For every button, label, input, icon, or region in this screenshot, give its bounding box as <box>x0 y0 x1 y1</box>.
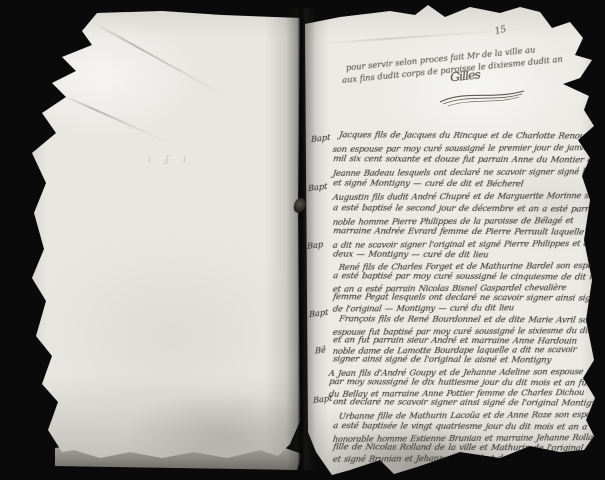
manuscript-line: a esté baptisé par moy curé soussigné le… <box>332 271 605 282</box>
manuscript-line: mil six cent soixante et douze fut parra… <box>332 154 605 166</box>
folio-number: 15 <box>494 25 508 37</box>
manuscript-line: Jeanne Badeau lesquels ont declaré ne sc… <box>332 166 605 178</box>
manuscript-line: signer ainsi signé de l'original le aisn… <box>332 354 551 365</box>
manuscript-scan: ı ʃ ı 15 pour servir selon proces fait M… <box>0 0 605 480</box>
paper-crease <box>92 21 237 103</box>
faint-pencil-mark: ı ʃ ı <box>148 155 192 165</box>
manuscript-line: a dit ne scavoir signer l'original et si… <box>332 238 594 250</box>
manuscript-line: fille de Nicolas Rolland de la ville et … <box>332 442 583 453</box>
manuscript-line: René fils de Charles Forget et de Mathur… <box>338 260 605 272</box>
manuscript-line: noble homme Pierre Philippes de la paroi… <box>332 215 574 227</box>
priest-signature: Gilles <box>449 66 480 84</box>
manuscript-line: son espouse par moy curé soussigné le pr… <box>332 142 605 154</box>
manuscript-line: Urbanne fille de Mathurin Lacoüa et de A… <box>338 409 605 421</box>
paper-crease <box>62 94 172 145</box>
manuscript-line: a esté baptisé le second jour de décembr… <box>332 203 602 214</box>
margin-label-bapt: Bê <box>315 344 326 355</box>
manuscript-line: de l'original — Montigny — curé du dit l… <box>332 302 514 313</box>
manuscript-line: a esté baptisée le vingt quatriesme jour… <box>332 421 605 433</box>
manuscript-line: et signé Montigny — curé de dit et Béche… <box>332 179 524 190</box>
manuscript-line: ont declaré ne scavoir signer ainsi sign… <box>332 397 602 408</box>
manuscript-line: Augustin fils dudit André Chupré et de M… <box>332 190 605 202</box>
manuscript-line: A Jean fils d'André Goupy et de Jehanne … <box>328 366 605 378</box>
manuscript-line: François fils de René Bourdonnel et de d… <box>338 314 594 325</box>
manuscript-line: Jacques fils de Jacques du Rincque et de… <box>338 130 585 141</box>
binding-gutter <box>286 8 316 470</box>
manuscript-line: deux — Montigny — curé de dit lieu <box>332 250 489 261</box>
manuscript-line: et signé Brunian et Jehanne Rolland et d… <box>332 452 594 464</box>
left-page: ı ʃ ı <box>22 6 304 466</box>
manuscript-line: marraine Andrée Evrard femme de Pierre P… <box>332 226 584 237</box>
right-page: 15 pour servir selon proces fait Mr de l… <box>298 0 605 478</box>
signature-flourish <box>436 86 528 108</box>
